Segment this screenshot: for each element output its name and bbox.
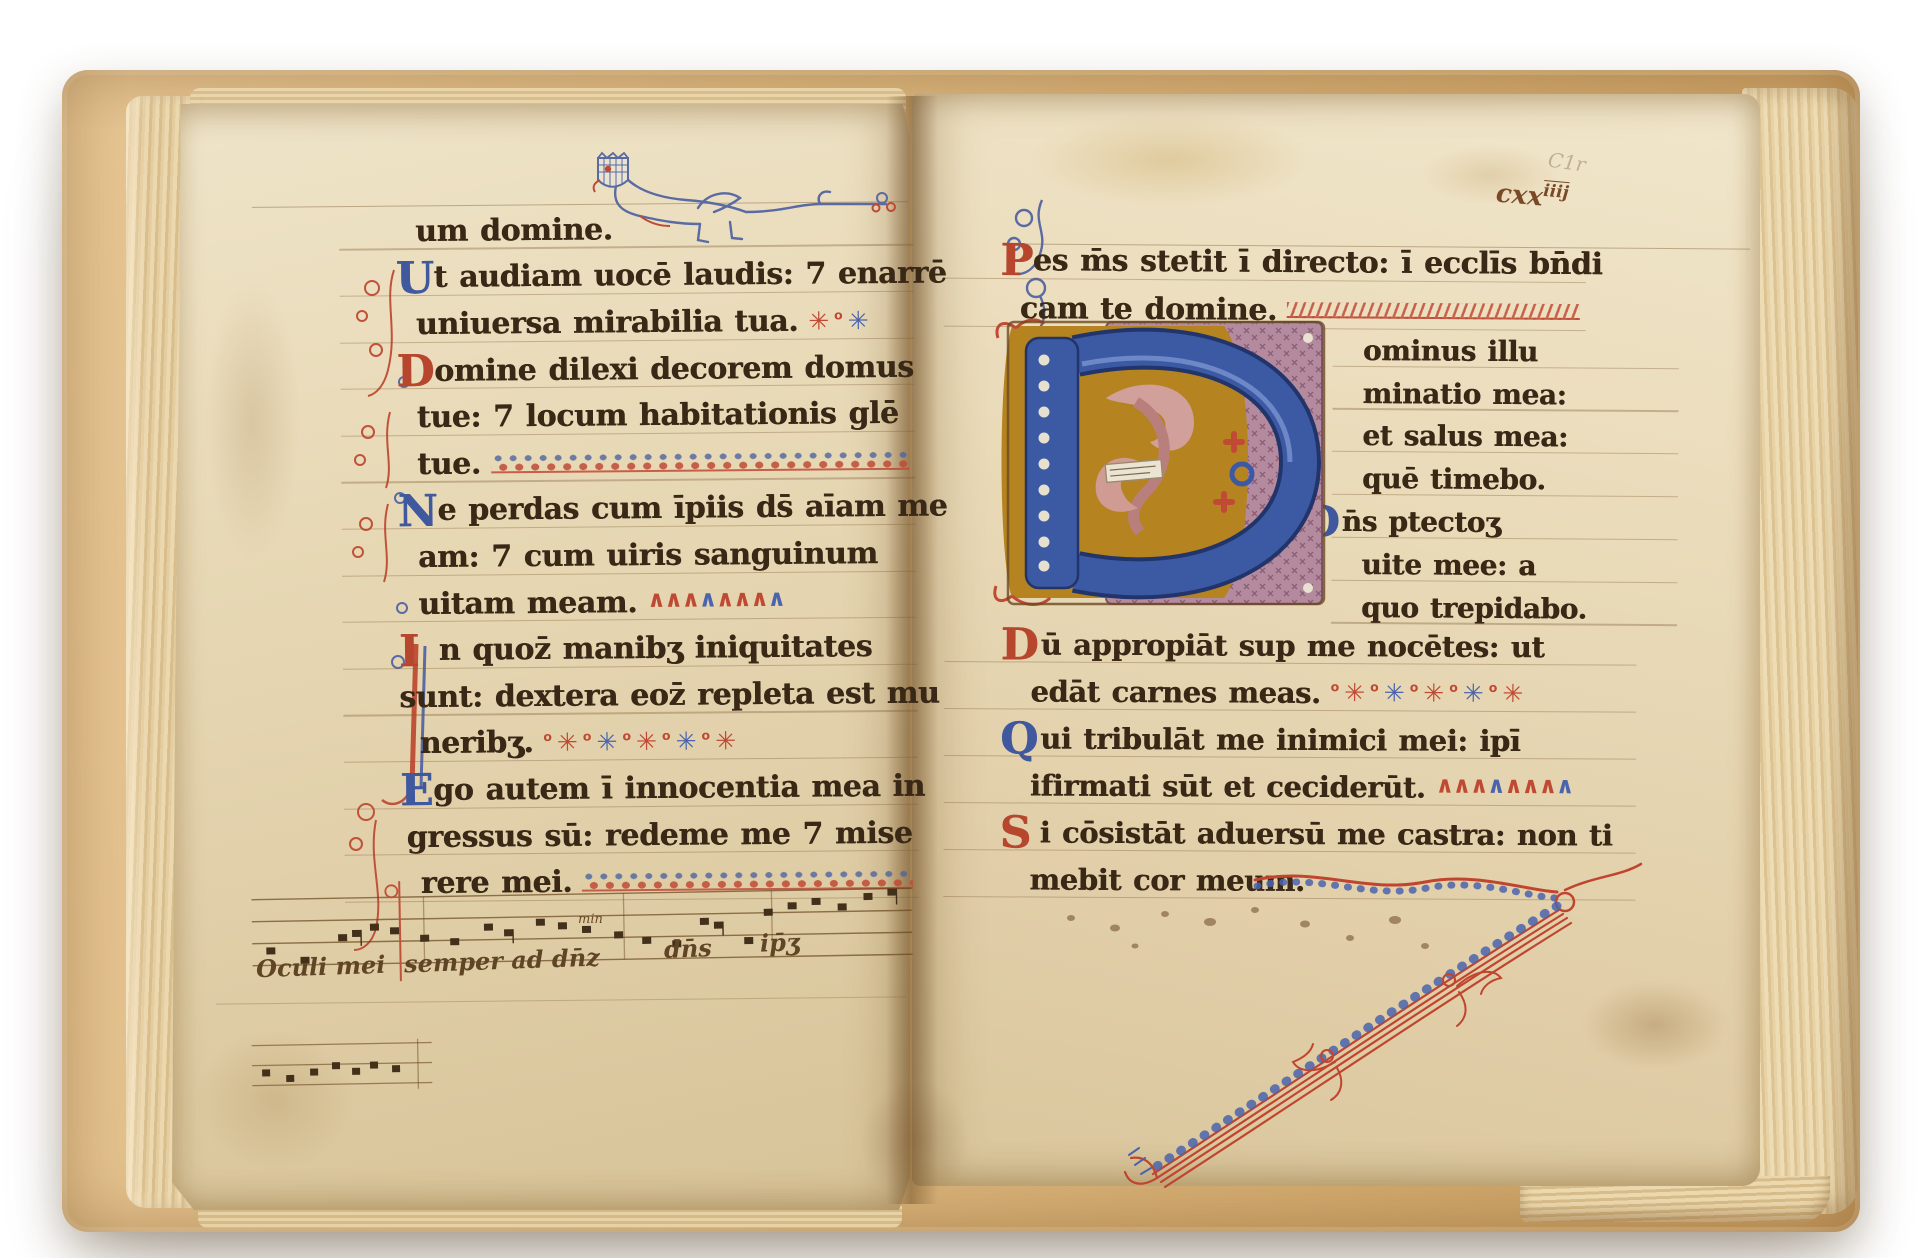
corner-inscription: C1r	[1547, 148, 1588, 177]
text-line: neribʒ.o✳o✳o✳o✳o✳	[399, 716, 911, 767]
text-line: uite mee: a	[1341, 543, 1671, 588]
text-line: Domine dilexi decorem domus	[396, 344, 908, 395]
line-text: t audiam uocē laudis: 7 enarrē	[433, 256, 946, 295]
line-text: go autem ī innocentia mea in	[433, 769, 925, 808]
text-line: am: 7 cum uiris sanguinum	[398, 530, 910, 581]
line-filler-zigzag: ∧∧∧∧∧∧∧∧	[1435, 772, 1573, 799]
text-line: tue: 7 locum habitationis glē	[397, 390, 909, 441]
text-line: Dn̄s ptectoʒ	[1342, 500, 1672, 545]
line-text: omine dilexi decorem domus	[434, 349, 914, 388]
text-line: et salus mea:	[1342, 414, 1672, 459]
text-line: Ut audiam uocē laudis: 7 enarrē	[395, 250, 907, 301]
text-line: um domine.	[395, 204, 907, 255]
line-filler-zigzag: ∧∧∧∧∧∧∧∧	[647, 586, 785, 613]
decorated-initial: Q	[1000, 717, 1040, 761]
music-lyric: ip̄ʒ	[760, 927, 801, 957]
line-text: neribʒ.	[419, 725, 533, 761]
line-filler-stars-short: ✳o✳	[808, 306, 874, 336]
decorated-initial: U	[395, 257, 433, 301]
line-filler-stars: o✳o✳o✳o✳o✳	[1331, 678, 1529, 708]
decorated-initial: N	[397, 490, 437, 534]
line-text: sunt: dextera eoz̄ repleta est mu	[399, 675, 939, 715]
text-line: uniuersa mirabilia tua.✳o✳	[396, 297, 908, 348]
line-text: ifirmati sūt et ceciderūt.	[1030, 768, 1426, 804]
right-page-column-text: ominus illuminatio mea:et salus mea:quē …	[1341, 329, 1673, 631]
decorative-band	[1005, 850, 1655, 1190]
text-line: Qui tribulāt me inimici mei: ipī	[1000, 714, 1630, 764]
line-text: n̄s ptectoʒ	[1342, 505, 1501, 539]
line-text: minatio mea:	[1362, 377, 1566, 411]
decorated-initial: P	[1000, 239, 1033, 283]
line-text: uitam meam.	[418, 585, 637, 622]
line-text: e perdas cum īpiis ds̄ aīam me	[437, 489, 947, 528]
left-page-text: um domine.Ut audiam uocē laudis: 7 enarr…	[395, 204, 913, 907]
line-text: um domine.	[415, 212, 613, 249]
text-line: sunt: dextera eoz̄ repleta est mu	[399, 670, 911, 721]
line-text: edāt carnes meas.	[1030, 674, 1320, 710]
line-filler-stars: o✳o✳o✳o✳o✳	[543, 727, 741, 758]
music-lyric: Oculi mei	[256, 950, 386, 983]
decorated-initial: D	[396, 350, 434, 394]
line-text: n quoz̄ manibʒ iniquitates	[439, 629, 873, 668]
text-line: gressus sū: redeme me 7 mise	[400, 809, 912, 860]
text-line: tue.	[397, 437, 909, 488]
decorated-initial: D	[1000, 623, 1040, 667]
music-staff-fragment	[251, 1028, 442, 1101]
text-line: uitam meam.∧∧∧∧∧∧∧∧	[398, 577, 910, 628]
line-text: ui tribulāt me inimici mei: ipī	[1040, 721, 1520, 758]
text-line: minatio mea:	[1342, 372, 1672, 417]
text-line: quē timebo.	[1342, 457, 1672, 502]
decorated-initial: I	[399, 630, 439, 674]
line-text: i cōsistāt aduersū me castra: non ti	[1040, 815, 1613, 852]
illuminated-initial-d	[986, 310, 1336, 614]
decorated-initial: E	[400, 769, 434, 813]
folio-number: cxxiiij	[1495, 177, 1570, 215]
music-cue: min	[578, 912, 603, 927]
decorated-initial: S	[1000, 811, 1040, 855]
line-text: tue: 7 locum habitationis glē	[417, 396, 899, 435]
line-text: tue.	[417, 446, 481, 482]
line-text: uite mee: a	[1361, 548, 1536, 582]
text-line: ominus illu	[1343, 329, 1673, 374]
line-text: gressus sū: redeme me 7 mise	[407, 815, 913, 854]
text-line: edāt carnes meas.o✳o✳o✳o✳o✳	[1000, 667, 1630, 717]
text-line: Ego autem ī innocentia mea in	[400, 763, 912, 814]
line-text: es m̄s stetit ī directo: ī ecclīs bn̄di	[1033, 243, 1603, 282]
manuscript-photo: um domine.Ut audiam uocē laudis: 7 enarr…	[0, 0, 1920, 1258]
text-line: Ne perdas cum īpiis ds̄ aīam me	[397, 483, 909, 534]
line-text: quo trepidabo.	[1361, 591, 1587, 626]
music-lyric: dn̄s	[664, 933, 713, 964]
line-text: ominus illu	[1363, 334, 1538, 368]
line-text: quē timebo.	[1362, 462, 1546, 496]
text-line: Dū appropiāt sup me nocētes: ut	[1000, 620, 1630, 670]
line-text: uniuersa mirabilia tua.	[416, 304, 799, 342]
text-line: In quoz̄ manibʒ iniquitates	[399, 623, 911, 674]
line-text: et salus mea:	[1362, 419, 1568, 453]
text-line: ifirmati sūt et ceciderūt.∧∧∧∧∧∧∧∧	[1000, 761, 1630, 811]
text-line: Pes m̄s stetit ī directo: ī ecclīs bn̄di	[1000, 236, 1580, 288]
line-text: am: 7 cum uiris sanguinum	[418, 536, 878, 575]
line-filler-leafbar	[491, 451, 910, 474]
line-text: ū appropiāt sup me nocētes: ut	[1041, 627, 1545, 664]
